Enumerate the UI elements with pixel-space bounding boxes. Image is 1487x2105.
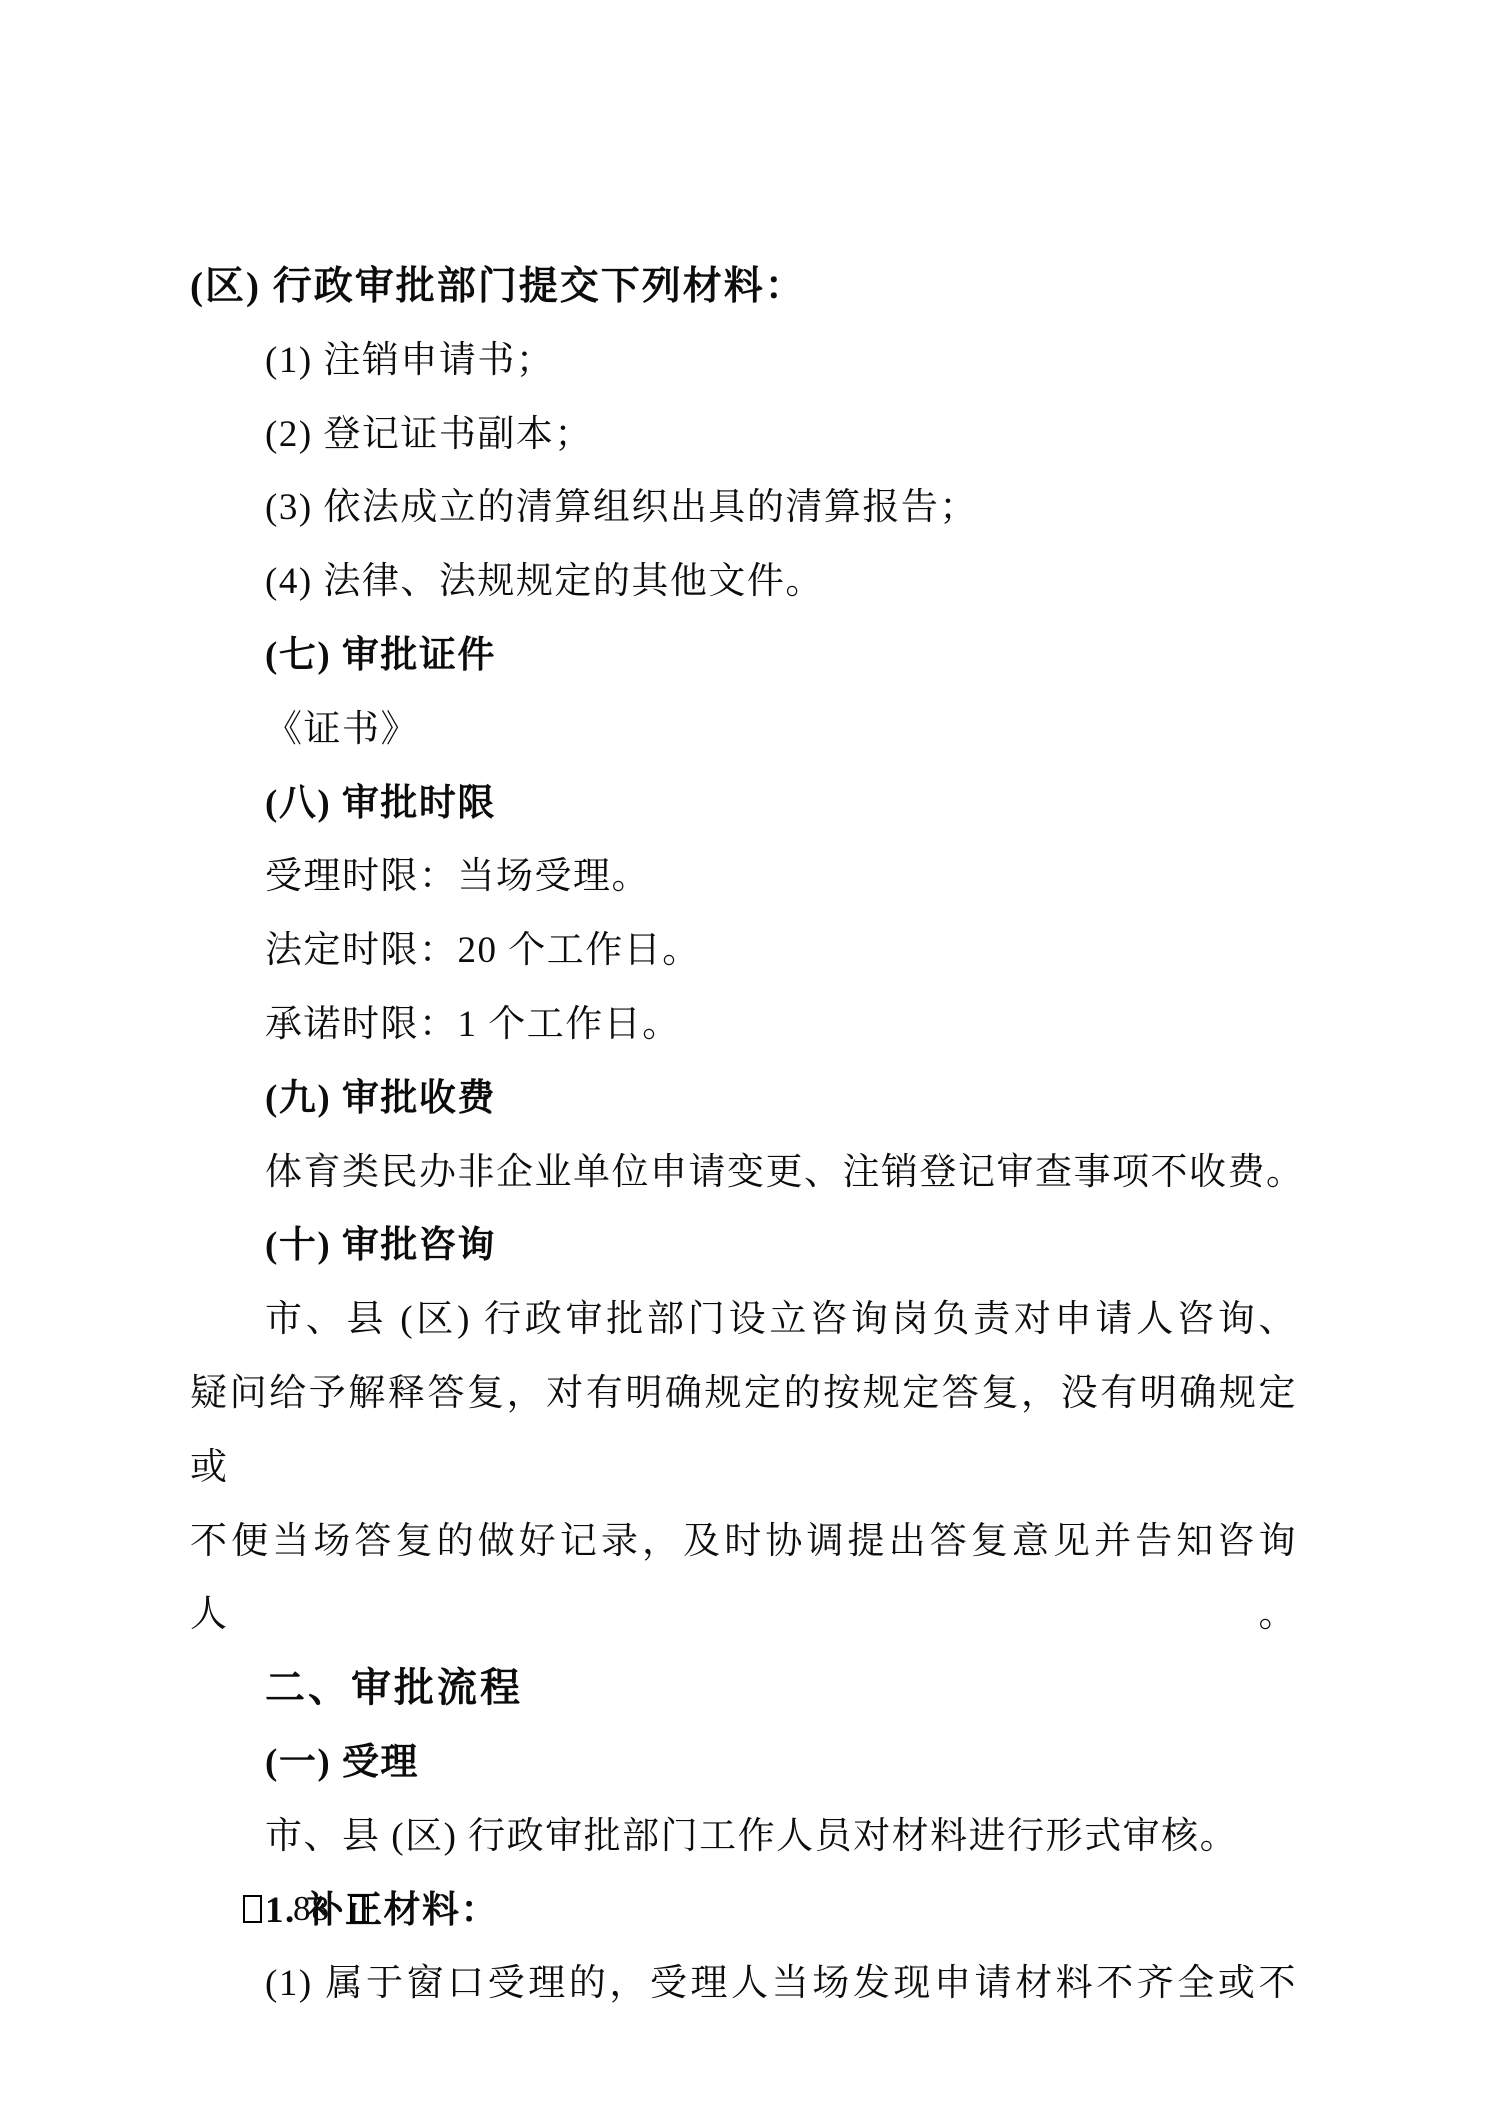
acceptance-statement: 市、县 (区) 行政审批部门工作人员对材料进行形式审核。 [190, 1800, 1297, 1874]
heading-approval-process: 二、审批流程 [190, 1652, 1297, 1726]
page-footer: 88 [243, 1889, 369, 1929]
supplementary-materials-line-1: (1) 属于窗口受理的，受理人当场发现申请材料不齐全或不 [190, 1947, 1297, 2021]
missing-glyph-box-left-icon [243, 1895, 262, 1923]
material-item-3: (3) 依法成立的清算组织出具的清算报告； [190, 471, 1297, 545]
heading-approval-consultation: (十) 审批咨询 [190, 1209, 1297, 1283]
promised-time-limit: 承诺时限：1 个工作日。 [190, 988, 1297, 1062]
heading-approval-fees: (九) 审批收费 [190, 1062, 1297, 1136]
material-item-1: (1) 注销申请书； [190, 324, 1297, 398]
document-body: (区) 行政审批部门提交下列材料： (1) 注销申请书； (2) 登记证书副本；… [190, 250, 1297, 2021]
missing-glyph-box-right-icon [350, 1895, 369, 1923]
fees-statement: 体育类民办非企业单位申请变更、注销登记审查事项不收费。 [190, 1136, 1297, 1210]
heading-acceptance: (一) 受理 [190, 1726, 1297, 1800]
heading-submit-materials: (区) 行政审批部门提交下列材料： [190, 250, 1297, 324]
certificate-name: 《证书》 [190, 693, 1297, 767]
consultation-paragraph-line-3: 不便当场答复的做好记录，及时协调提出答复意见并告知咨询人。 [190, 1505, 1297, 1653]
consultation-paragraph-line-2: 疑问给予解释答复，对有明确规定的按规定答复，没有明确规定或 [190, 1357, 1297, 1505]
heading-approval-certificate: (七) 审批证件 [190, 619, 1297, 693]
material-item-2: (2) 登记证书副本； [190, 398, 1297, 472]
material-item-4: (4) 法律、法规规定的其他文件。 [190, 545, 1297, 619]
heading-approval-time-limit: (八) 审批时限 [190, 767, 1297, 841]
statutory-time-limit: 法定时限：20 个工作日。 [190, 914, 1297, 988]
page-number: 88 [293, 1889, 330, 1929]
consultation-paragraph-line-1: 市、县 (区) 行政审批部门设立咨询岗负责对申请人咨询、 [190, 1283, 1297, 1357]
acceptance-time-limit: 受理时限：当场受理。 [190, 840, 1297, 914]
document-page: (区) 行政审批部门提交下列材料： (1) 注销申请书； (2) 登记证书副本；… [0, 0, 1487, 2105]
